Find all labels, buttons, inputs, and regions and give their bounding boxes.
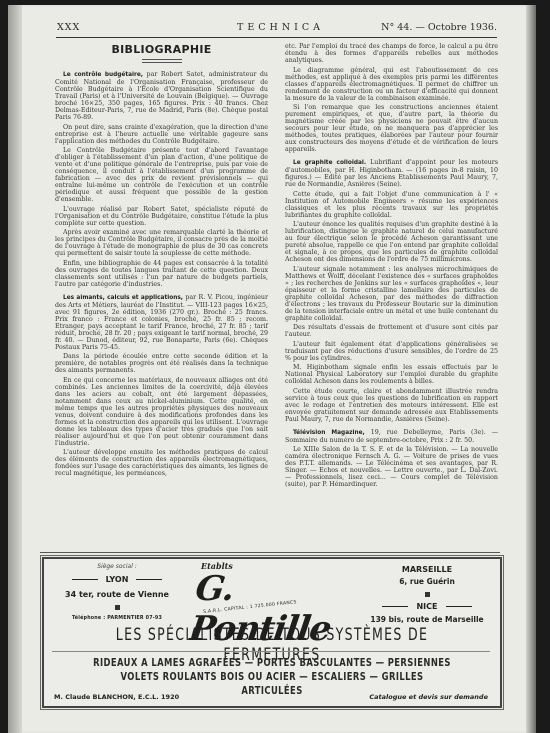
title-divider — [142, 59, 182, 63]
entry-title: Le contrôle budgétaire, — [63, 72, 143, 78]
branch-city-marseille: MARSEILLE — [362, 565, 492, 574]
page-gutter-shadow — [8, 5, 22, 733]
magazine-page: XXX TECHNICA N° 44. — Octobre 1936. BIBL… — [8, 5, 536, 733]
advertisement-rule — [40, 552, 500, 553]
entry-colloidal-graphite: Le graphite colloïdal. Lubrifiant d'appo… — [285, 159, 498, 188]
running-head: XXX TECHNICA N° 44. — Octobre 1936. — [57, 22, 497, 36]
paragraph: M. Higinbotham signale enfin les essais … — [285, 364, 498, 385]
paragraph: Si l'on remarque que les constructions a… — [285, 104, 498, 153]
telephone: Téléphone : PARMENTIER 07-93 — [52, 616, 182, 621]
paragraph: L'auteur signale notamment : les analyse… — [285, 266, 498, 322]
product-list: RIDEAUX A LAMES AGRAFÉES — PORTES BASCUL… — [90, 656, 455, 698]
branch-address-nice: 139 bis, route de Marseille — [362, 615, 492, 624]
section-title: BIBLIOGRAPHIE — [55, 46, 268, 53]
paragraph: Le Contrôle Budgétaire présente tout d'a… — [55, 147, 268, 203]
page-number: XXX — [57, 22, 80, 33]
right-column: etc. Par l'emploi du tracé des champs de… — [285, 43, 498, 491]
paragraph: Enfin, une bibliographie de 44 pages est… — [55, 260, 268, 288]
square-bullet-icon — [115, 605, 120, 610]
brand-logo: Etablts G. Pontille S.A.R.L. CAPITAL : 1… — [189, 561, 369, 619]
entry-television-magazine: Télévision Magazine, 19, rue Debelleyme,… — [285, 429, 498, 444]
branches-block: MARSEILLE 6, rue Guérin NICE 139 bis, ro… — [362, 563, 492, 624]
paragraph: Après avoir examiné avec une remarquable… — [55, 229, 268, 257]
paragraph: L'ouvrage réalisé par Robert Satet, spéc… — [55, 206, 268, 227]
paragraph: L'auteur énonce les qualités requises d'… — [285, 221, 498, 263]
branch-address-marseille: 6, rue Guérin — [362, 577, 492, 586]
branch-city-nice: NICE — [362, 602, 492, 611]
ad-divider — [52, 651, 490, 652]
paragraph: Des résultats d'essais de frottement et … — [285, 324, 498, 338]
ad-catalogue-note: Catalogue et devis sur demande — [369, 693, 488, 701]
paragraph: L'auteur développe ensuite les méthodes … — [55, 449, 268, 477]
head-office-label: Siège social : — [52, 563, 182, 570]
head-office-block: Siège social : LYON 34 ter, route de Vie… — [52, 563, 182, 621]
entry-lead: par Robert Satet, administrateur du Comi… — [55, 71, 268, 121]
paragraph: Le diagramme général, qui est l'aboutiss… — [285, 67, 498, 102]
advertisement-pontille: Siège social : LYON 34 ter, route de Vie… — [42, 557, 502, 708]
page-edge-shadow — [526, 5, 536, 733]
paragraph: Cette étude, qui a fait l'objet d'une co… — [285, 191, 498, 219]
paragraph: L'auteur fait également état d'applicati… — [285, 341, 498, 362]
issue-info: N° 44. — Octobre 1936. — [381, 22, 497, 33]
entry-title: Les aimants, calculs et applications, — [63, 295, 183, 301]
journal-name: TECHNICA — [237, 22, 324, 33]
header-rule — [56, 37, 497, 38]
entry-lead: par R. V. Picou, ingénieur des Arts et M… — [55, 294, 268, 351]
entry-magnets: Les aimants, calculs et applications, pa… — [55, 294, 268, 351]
paragraph: En ce qui concerne les matériaux, de nou… — [55, 377, 268, 447]
paragraph: Cette étude courte, claire et abondammen… — [285, 388, 498, 423]
paragraph: Dans la période écoulée entre cette seco… — [55, 353, 268, 374]
head-office-address: 34 ter, route de Vienne — [52, 590, 182, 599]
entry-title: Télévision Magazine, — [293, 430, 365, 436]
ad-contact: M. Claude BLANCHON, E.C.L. 1920 — [54, 693, 179, 701]
paragraph: Le XIIIe Salon de la T. S. F. et de la T… — [285, 446, 498, 488]
entry-title: Le graphite colloïdal. — [293, 160, 366, 166]
products-line-1: RIDEAUX A LAMES AGRAFÉES — PORTES BASCUL… — [90, 656, 455, 670]
entry-budget-control: Le contrôle budgétaire, par Robert Satet… — [55, 71, 268, 121]
paragraph: etc. Par l'emploi du tracé des champs de… — [285, 43, 498, 64]
left-column: BIBLIOGRAPHIE Le contrôle budgétaire, pa… — [55, 43, 268, 480]
square-bullet-icon — [425, 592, 430, 597]
paragraph: On peut dire, sans crainte d'exagération… — [55, 124, 268, 145]
head-office-city: LYON — [52, 575, 182, 584]
